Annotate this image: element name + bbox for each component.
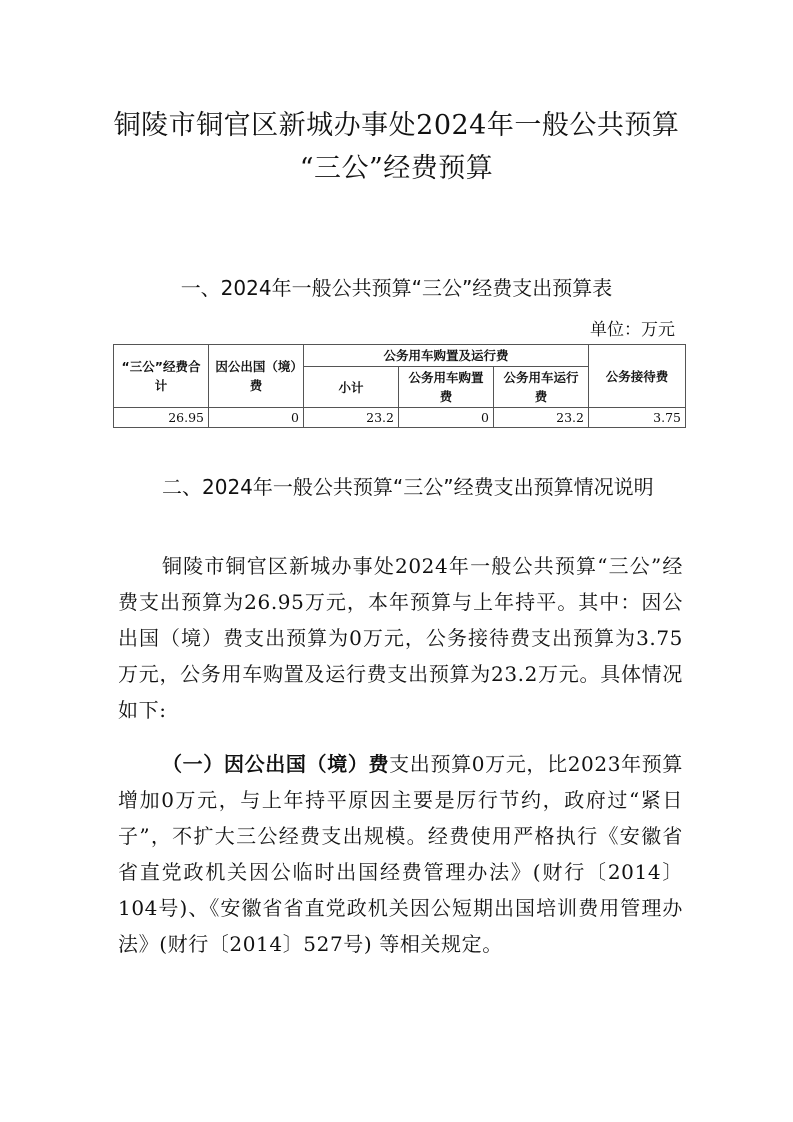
cell-total: 26.95: [114, 408, 209, 428]
header-total: “三公”经费合计: [114, 345, 209, 408]
header-vehicle-group: 公务用车购置及运行费: [304, 345, 589, 367]
document-title-line2: “三公”经费预算: [0, 146, 793, 185]
overseas-expense-paragraph: （一）因公出国（境）费支出预算0万元，比2023年预算增加0万元，与上年持平原因…: [118, 746, 683, 962]
header-vehicle-operation: 公务用车运行费: [494, 367, 589, 408]
cell-overseas: 0: [209, 408, 304, 428]
document-title-line1: 铜陵市铜官区新城办事处2024年一般公共预算: [0, 103, 793, 142]
header-overseas: 因公出国（境）费: [209, 345, 304, 408]
cell-vehicle-subtotal: 23.2: [304, 408, 399, 428]
overseas-expense-body: 支出预算0万元，比2023年预算增加0万元，与上年持平原因主要是厉行节约，政府过…: [118, 752, 683, 956]
unit-label: 单位：万元: [590, 315, 675, 340]
cell-reception: 3.75: [589, 408, 686, 428]
three-public-budget-table: “三公”经费合计 因公出国（境）费 公务用车购置及运行费 公务接待费 小计 公务…: [113, 344, 686, 428]
section1-heading: 一、2024年一般公共预算“三公”经费支出预算表: [0, 272, 793, 301]
overseas-expense-lead: （一）因公出国（境）费: [162, 752, 389, 776]
summary-paragraph: 铜陵市铜官区新城办事处2024年一般公共预算“三公”经费支出预算为26.95万元…: [118, 548, 683, 728]
cell-vehicle-purchase: 0: [399, 408, 494, 428]
cell-vehicle-operation: 23.2: [494, 408, 589, 428]
table-header-row: “三公”经费合计 因公出国（境）费 公务用车购置及运行费 公务接待费: [114, 345, 686, 367]
section2-heading: 二、2024年一般公共预算“三公”经费支出预算情况说明: [118, 464, 678, 510]
header-vehicle-purchase: 公务用车购置费: [399, 367, 494, 408]
header-reception: 公务接待费: [589, 345, 686, 408]
table-row: 26.95 0 23.2 0 23.2 3.75: [114, 408, 686, 428]
header-vehicle-subtotal: 小计: [304, 367, 399, 408]
